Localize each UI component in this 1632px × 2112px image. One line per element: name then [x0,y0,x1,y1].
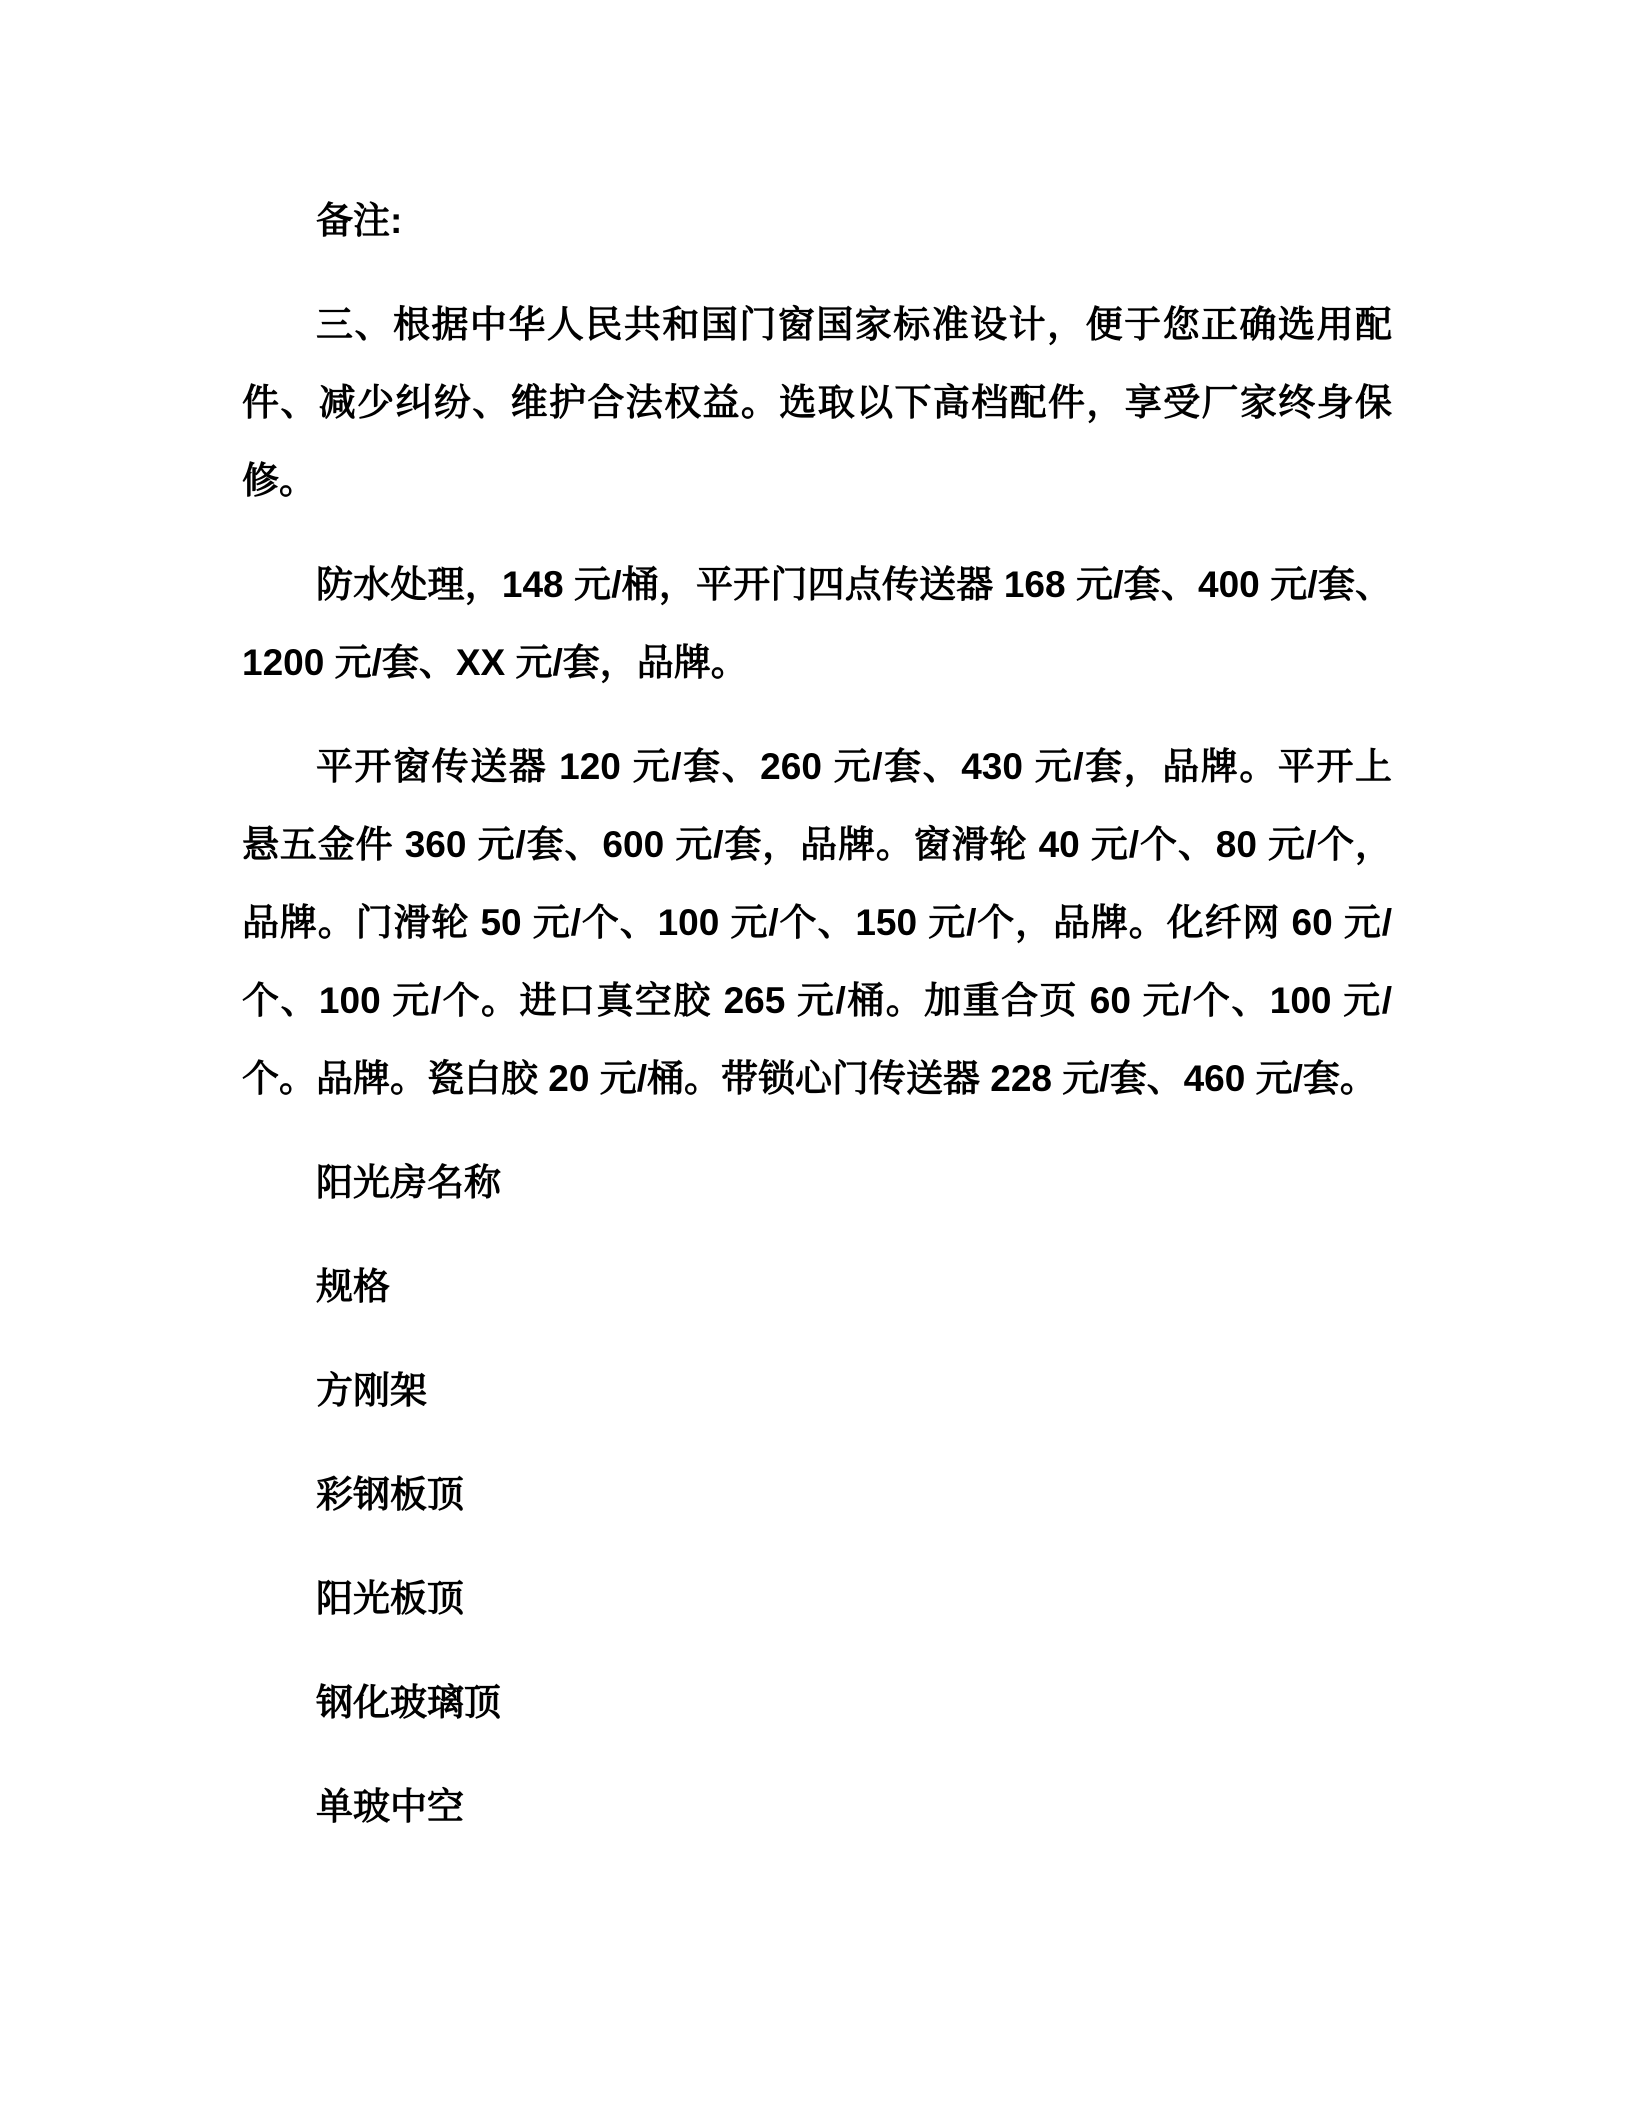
text-line: 件、减少纠纷、维护合法权益。选取以下高档配件，享受厂家终身保 [242,364,1392,442]
text-line: 品牌。门滑轮 50 元/个、100 元/个、150 元/个，品牌。化纤网 60 … [242,884,1392,962]
paragraph-note: 备注: [242,182,1392,260]
list-item-sunlight-panel-roof: 阳光板顶 [242,1560,1392,1638]
text-line: 个。品牌。瓷白胶 20 元/桶。带锁心门传送器 228 元/套、460 元/套。 [242,1040,1392,1118]
text-line: 修。 [242,442,1392,520]
document-page: 备注: 三、根据中华人民共和国门窗国家标准设计，便于您正确选用配 件、减少纠纷、… [0,0,1632,2112]
list-item-single-glass-insulated: 单玻中空 [242,1768,1392,1846]
text-line: 规格 [242,1248,1392,1326]
list-item-sunroom-name: 阳光房名称 [242,1144,1392,1222]
text-line: 悬五金件 360 元/套、600 元/套，品牌。窗滑轮 40 元/个、80 元/… [242,806,1392,884]
list-item-color-steel-roof: 彩钢板顶 [242,1456,1392,1534]
list-item-tempered-glass-roof: 钢化玻璃顶 [242,1664,1392,1742]
text-line: 钢化玻璃顶 [242,1664,1392,1742]
paragraph-hardware-pricing: 平开窗传送器 120 元/套、260 元/套、430 元/套，品牌。平开上 悬五… [242,728,1392,1118]
list-item-square-steel-frame: 方刚架 [242,1352,1392,1430]
paragraph-standard-clause: 三、根据中华人民共和国门窗国家标准设计，便于您正确选用配 件、减少纠纷、维护合法… [242,286,1392,520]
text-line: 个、100 元/个。进口真空胶 265 元/桶。加重合页 60 元/个、100 … [242,962,1392,1040]
text-line: 单玻中空 [242,1768,1392,1846]
text-line: 彩钢板顶 [242,1456,1392,1534]
text-line: 防水处理，148 元/桶，平开门四点传送器 168 元/套、400 元/套、 [242,546,1392,624]
text-line: 备注: [242,182,1392,260]
text-line: 阳光板顶 [242,1560,1392,1638]
document-body: 备注: 三、根据中华人民共和国门窗国家标准设计，便于您正确选用配 件、减少纠纷、… [242,182,1392,1872]
text-line: 1200 元/套、XX 元/套，品牌。 [242,624,1392,702]
text-line: 方刚架 [242,1352,1392,1430]
text-line: 三、根据中华人民共和国门窗国家标准设计，便于您正确选用配 [242,286,1392,364]
text-line: 阳光房名称 [242,1144,1392,1222]
list-item-spec: 规格 [242,1248,1392,1326]
text-line: 平开窗传送器 120 元/套、260 元/套、430 元/套，品牌。平开上 [242,728,1392,806]
paragraph-waterproof-pricing: 防水处理，148 元/桶，平开门四点传送器 168 元/套、400 元/套、 1… [242,546,1392,702]
